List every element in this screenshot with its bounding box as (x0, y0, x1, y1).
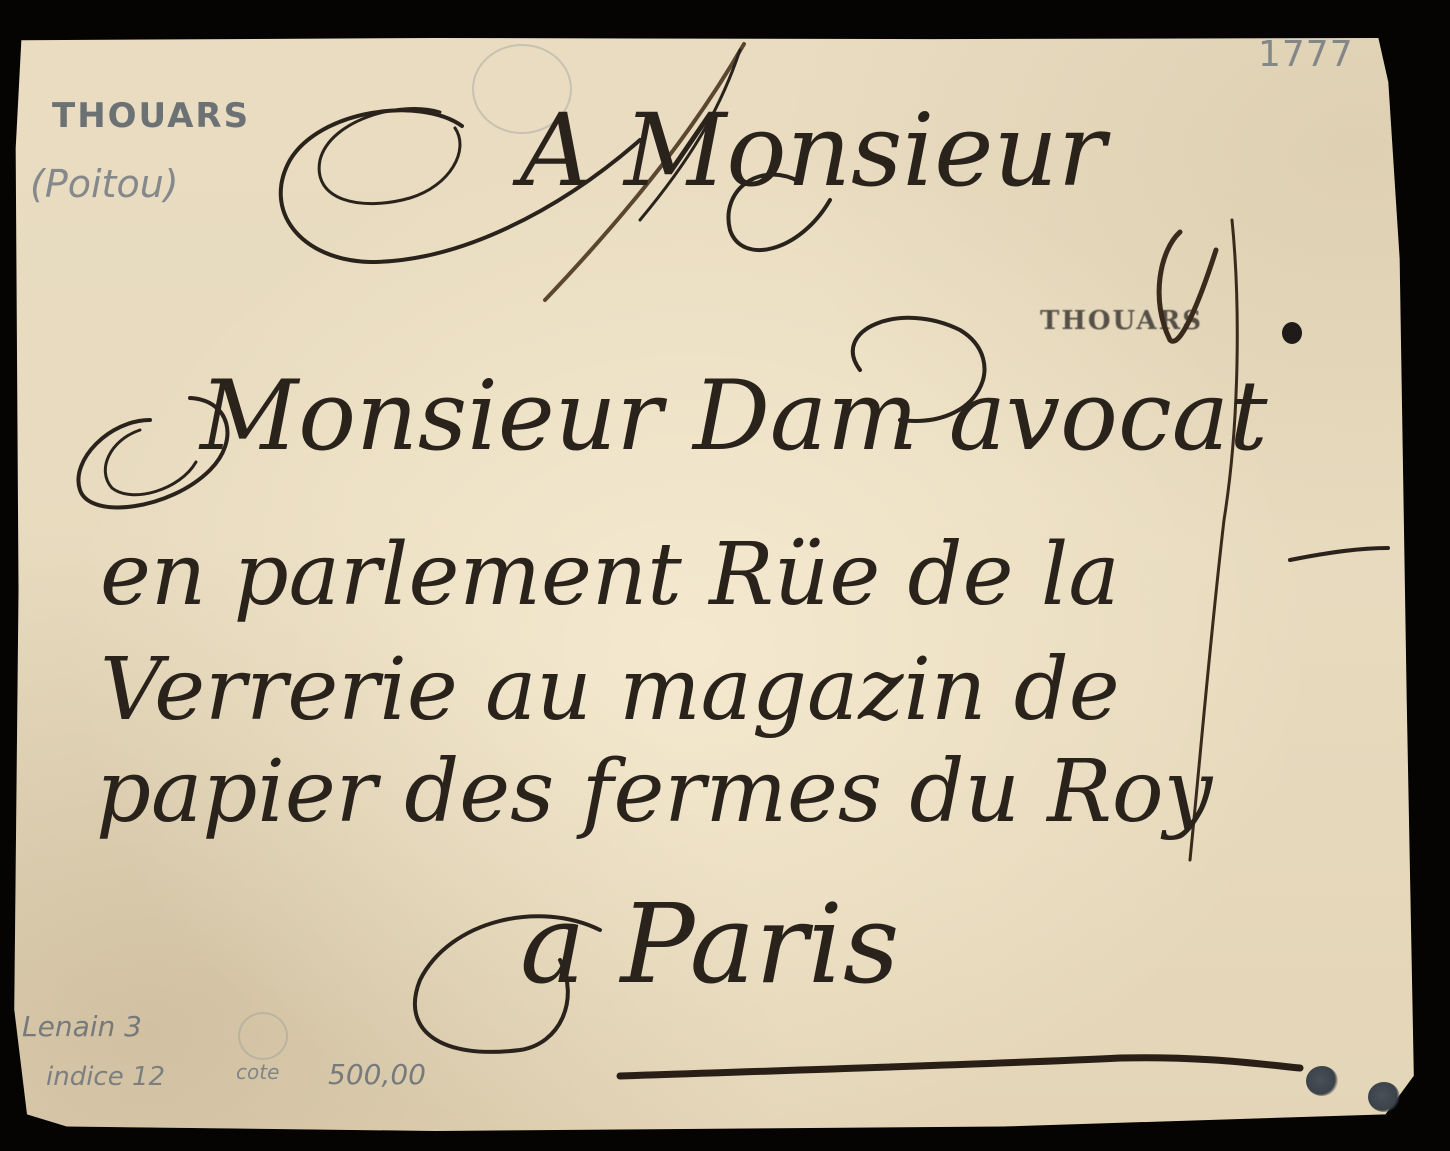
expert-signature-mark (1368, 1082, 1400, 1112)
handstamp-ink-blot (1282, 322, 1302, 344)
address-city: a Paris (520, 880, 899, 1008)
pencil-catalog-reference: Lenain 3 (22, 1010, 142, 1043)
pencil-region-note: (Poitou) (30, 162, 179, 206)
faint-circular-mark (238, 1012, 288, 1060)
pencil-price-value: 500,00 (328, 1058, 426, 1091)
pencil-cote-label: cote (236, 1060, 279, 1084)
thouars-handstamp: THOUARS (1040, 306, 1203, 336)
address-line-parlement: en parlement Rüe de la (100, 525, 1120, 625)
pencil-town-note: THOUARS (52, 96, 250, 136)
address-salutation: A Monsieur (520, 92, 1106, 209)
address-line-fermes: papier des fermes du Roy (96, 742, 1212, 842)
expert-signature-mark (1306, 1066, 1338, 1096)
address-line-verrerie: Verrerie au magazin de (100, 640, 1120, 740)
address-recipient: Monsieur Dam avocat (200, 360, 1268, 472)
pencil-year-note: 1777 (1258, 34, 1354, 75)
pencil-catalog-index: indice 12 (46, 1062, 165, 1092)
